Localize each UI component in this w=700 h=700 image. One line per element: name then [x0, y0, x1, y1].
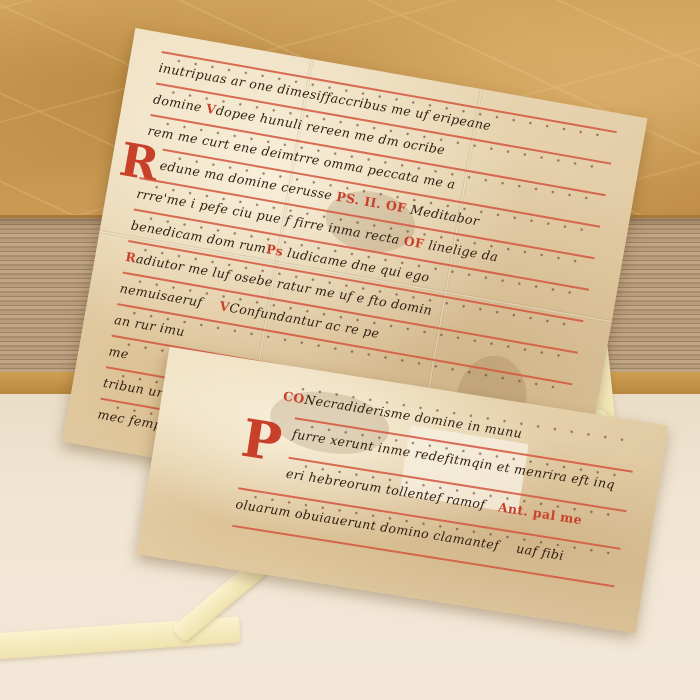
rubric: OF — [403, 233, 426, 251]
manuscript-photo: R inutripuas ar one dimesiffaccribus me … — [0, 0, 700, 700]
rubric: Ps — [265, 241, 285, 259]
illuminated-initial-p: P — [237, 408, 285, 474]
rubric: CO — [282, 388, 306, 406]
chant-text: me — [108, 343, 130, 361]
